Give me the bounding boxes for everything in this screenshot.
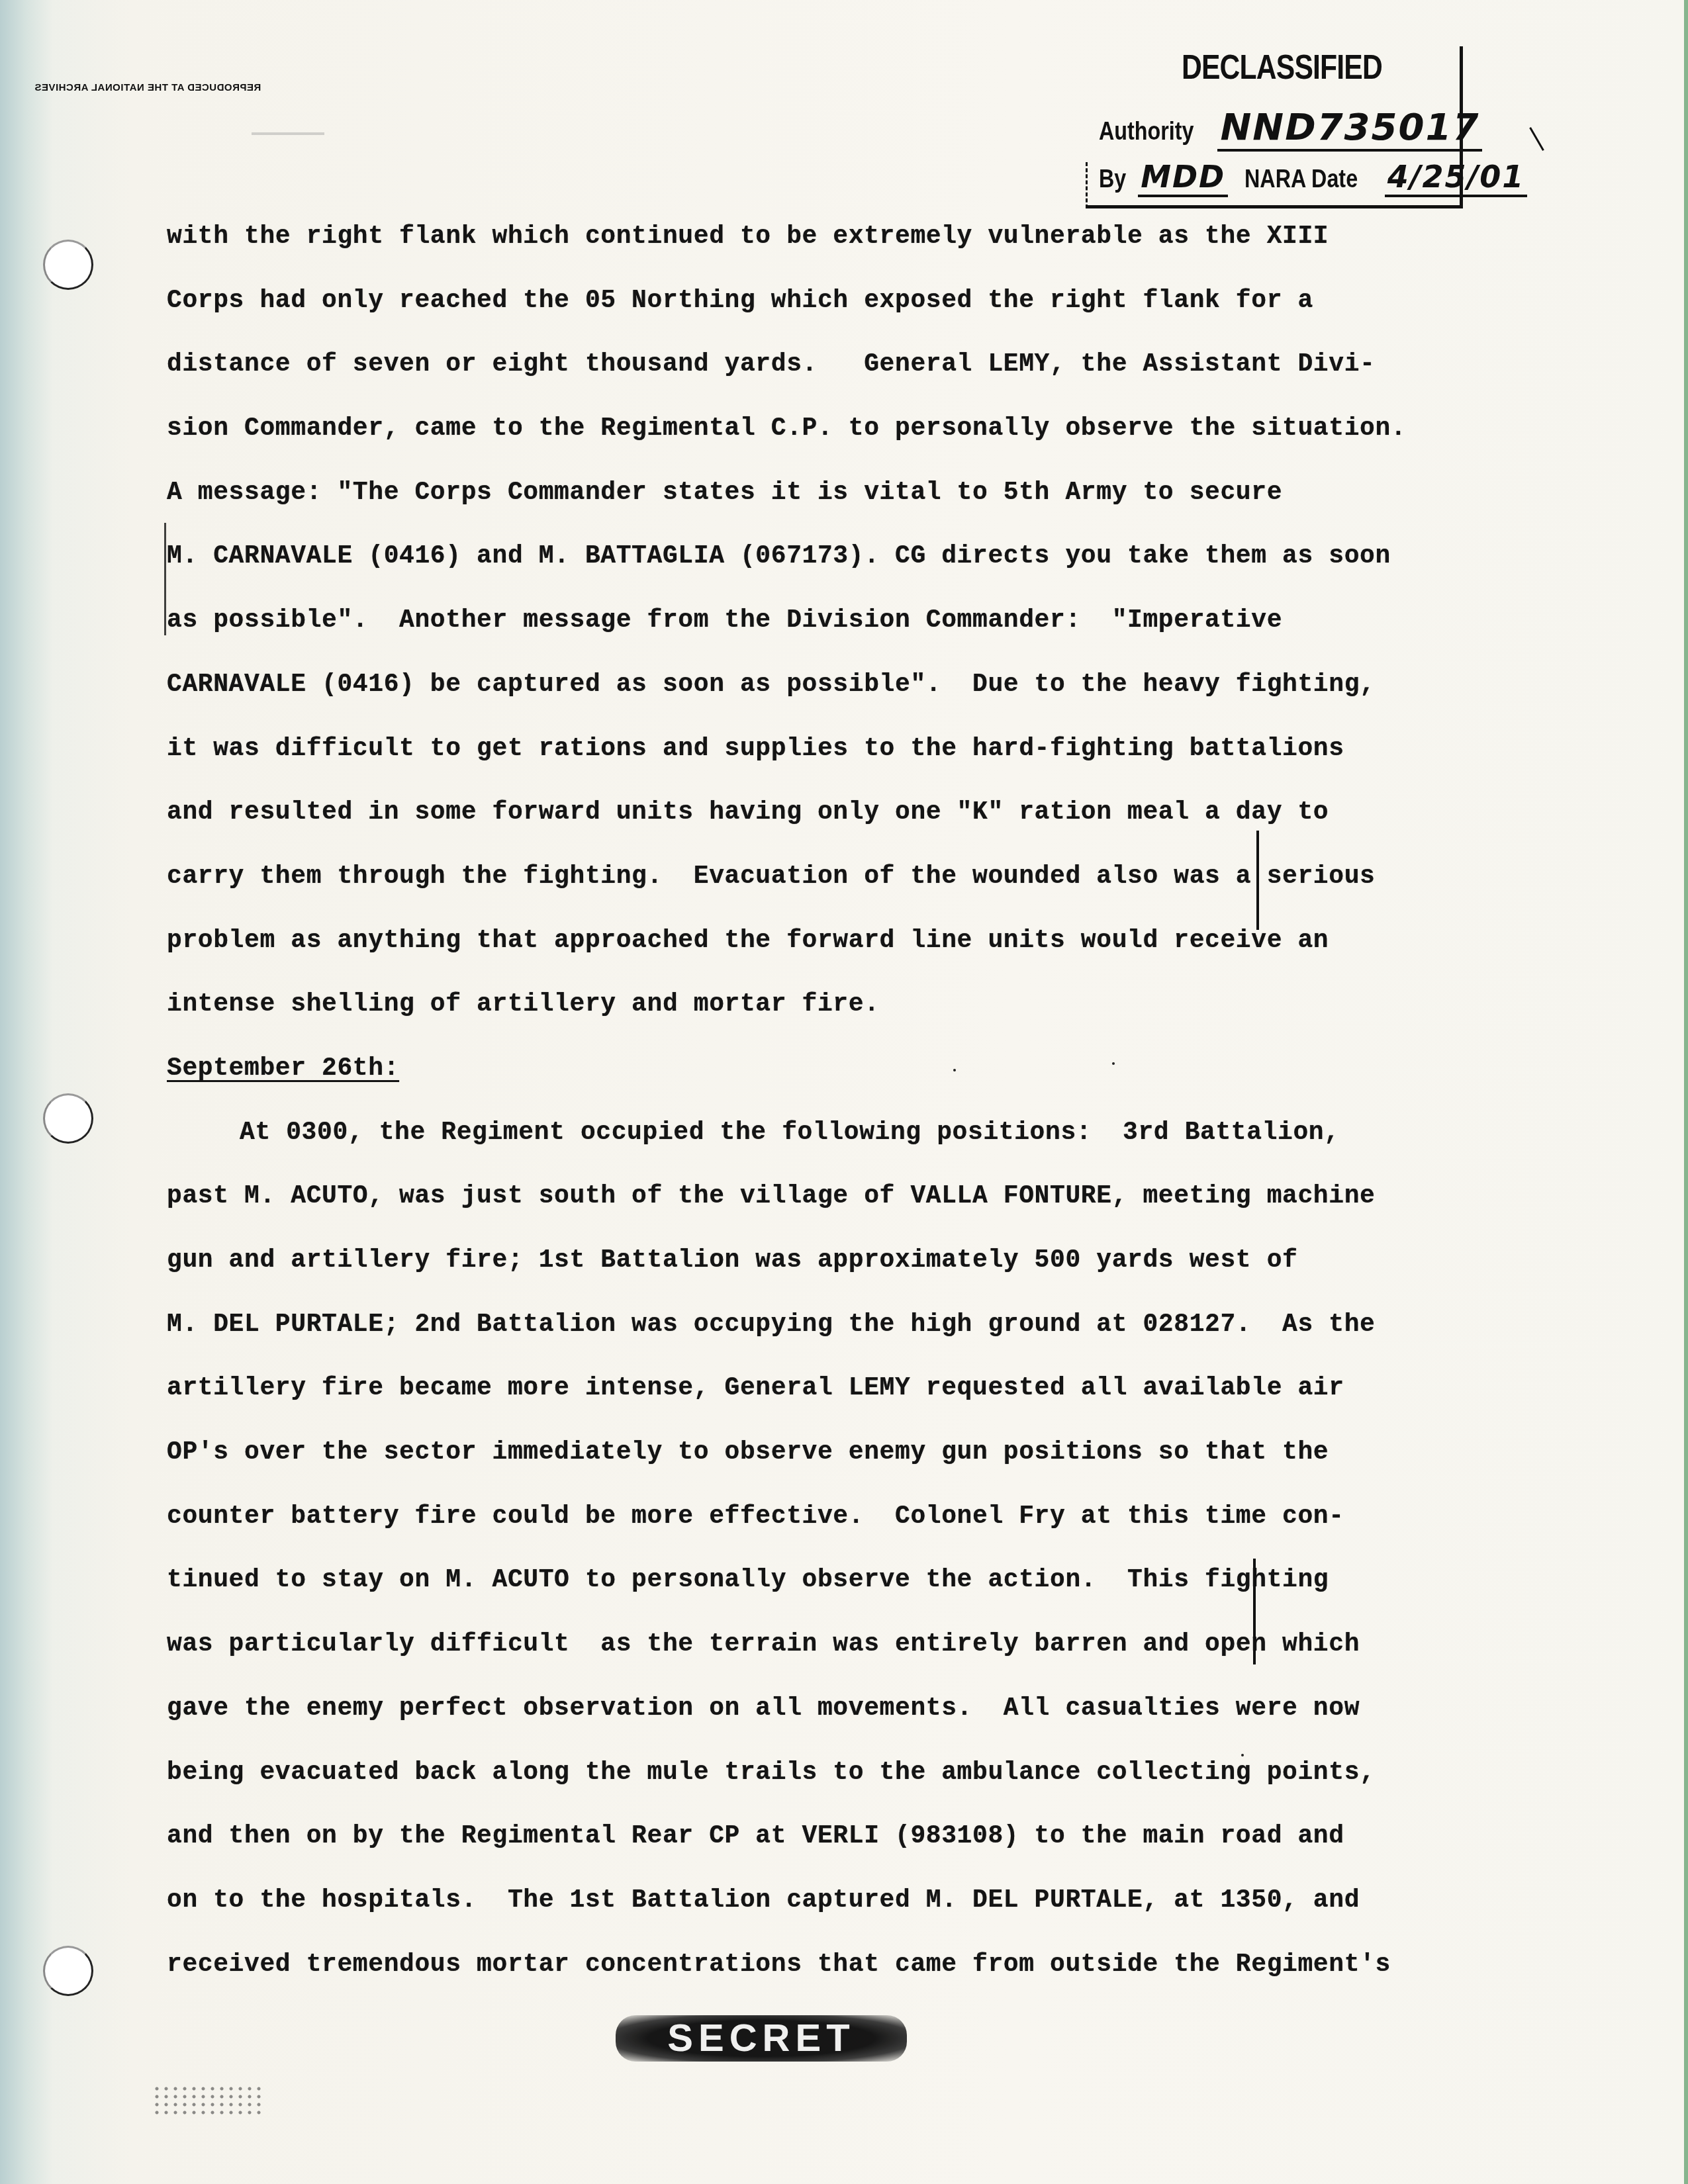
document-body: with the right flank which continued to …: [167, 218, 1491, 2010]
text-line: OP's over the sector immediately to obse…: [167, 1434, 1491, 1498]
revision-bar: [1253, 1559, 1256, 1664]
punch-hole-top: [43, 240, 93, 290]
declassification-stamp: DECLASSIFIED Authority NND735017 By MDD …: [1086, 46, 1463, 212]
text-line: At 0300, the Regiment occupied the follo…: [167, 1115, 1491, 1179]
date-value: 4/25/01: [1385, 159, 1528, 197]
text-line: was particularly difficult as the terrai…: [167, 1626, 1491, 1690]
text-line: past M. ACUTO, was just south of the vil…: [167, 1178, 1491, 1242]
text-line: carry them through the fighting. Evacuat…: [167, 858, 1491, 923]
stamp-border-right: [1460, 46, 1463, 208]
text-line: M. DEL PURTALE; 2nd Battalion was occupy…: [167, 1306, 1491, 1371]
document-page: REPRODUCED AT THE NATIONAL ARCHIVES DECL…: [0, 0, 1688, 2184]
punch-hole-middle: [43, 1093, 93, 1144]
text-line: A message: "The Corps Commander states i…: [167, 475, 1491, 539]
faint-mark: [252, 132, 324, 135]
text-line: distance of seven or eight thousand yard…: [167, 346, 1491, 410]
text-line: it was difficult to get rations and supp…: [167, 731, 1491, 795]
speck: [953, 1069, 956, 1071]
text-line: as possible". Another message from the D…: [167, 602, 1491, 666]
text-line: problem as anything that approached the …: [167, 923, 1491, 987]
authority-row: Authority NND735017: [1099, 106, 1482, 149]
by-value: MDD: [1138, 159, 1228, 197]
declassified-title: DECLASSIFIED: [1182, 48, 1382, 87]
date-label: NARA Date: [1244, 165, 1358, 194]
text-line: received tremendous mortar concentration…: [167, 1946, 1491, 2011]
text-line: artillery fire became more intense, Gene…: [167, 1370, 1491, 1434]
authority-label: Authority: [1099, 118, 1194, 146]
smudge-mark: [152, 2085, 265, 2115]
stamp-border-bottom: [1086, 205, 1463, 208]
text-line: on to the hospitals. The 1st Battalion c…: [167, 1882, 1491, 1946]
scan-edge: [1684, 0, 1688, 2184]
speck: [1112, 1062, 1115, 1065]
text-line: gun and artillery fire; 1st Battalion wa…: [167, 1242, 1491, 1306]
text-line: and then on by the Regimental Rear CP at…: [167, 1818, 1491, 1882]
text-line: intense shelling of artillery and mortar…: [167, 986, 1491, 1050]
speck: [1241, 1754, 1244, 1756]
stamp-border-left: [1086, 162, 1090, 208]
text-line: M. CARNAVALE (0416) and M. BATTAGLIA (06…: [167, 538, 1491, 602]
text-line: gave the enemy perfect observation on al…: [167, 1690, 1491, 1754]
text-line: and resulted in some forward units havin…: [167, 794, 1491, 858]
punch-hole-bottom: [43, 1946, 93, 1996]
authority-value: NND735017: [1217, 106, 1482, 152]
text-line: counter battery fire could be more effec…: [167, 1498, 1491, 1563]
by-row: By MDD NARA Date 4/25/01: [1099, 159, 1527, 195]
archive-stamp: REPRODUCED AT THE NATIONAL ARCHIVES: [34, 82, 261, 93]
text-line: being evacuated back along the mule trai…: [167, 1754, 1491, 1819]
text-line: Corps had only reached the 05 Northing w…: [167, 283, 1491, 347]
margin-mark: [1529, 127, 1544, 151]
section-heading: September 26th:: [167, 1050, 1491, 1115]
text-line: tinued to stay on M. ACUTO to personally…: [167, 1562, 1491, 1626]
text-line: sion Commander, came to the Regimental C…: [167, 410, 1491, 475]
text-line: with the right flank which continued to …: [167, 218, 1491, 283]
revision-bar: [1256, 831, 1259, 930]
text-line: CARNAVALE (0416) be captured as soon as …: [167, 666, 1491, 731]
margin-mark: [164, 523, 166, 635]
classification-stamp: SECRET: [616, 2015, 907, 2062]
by-label: By: [1099, 165, 1126, 194]
